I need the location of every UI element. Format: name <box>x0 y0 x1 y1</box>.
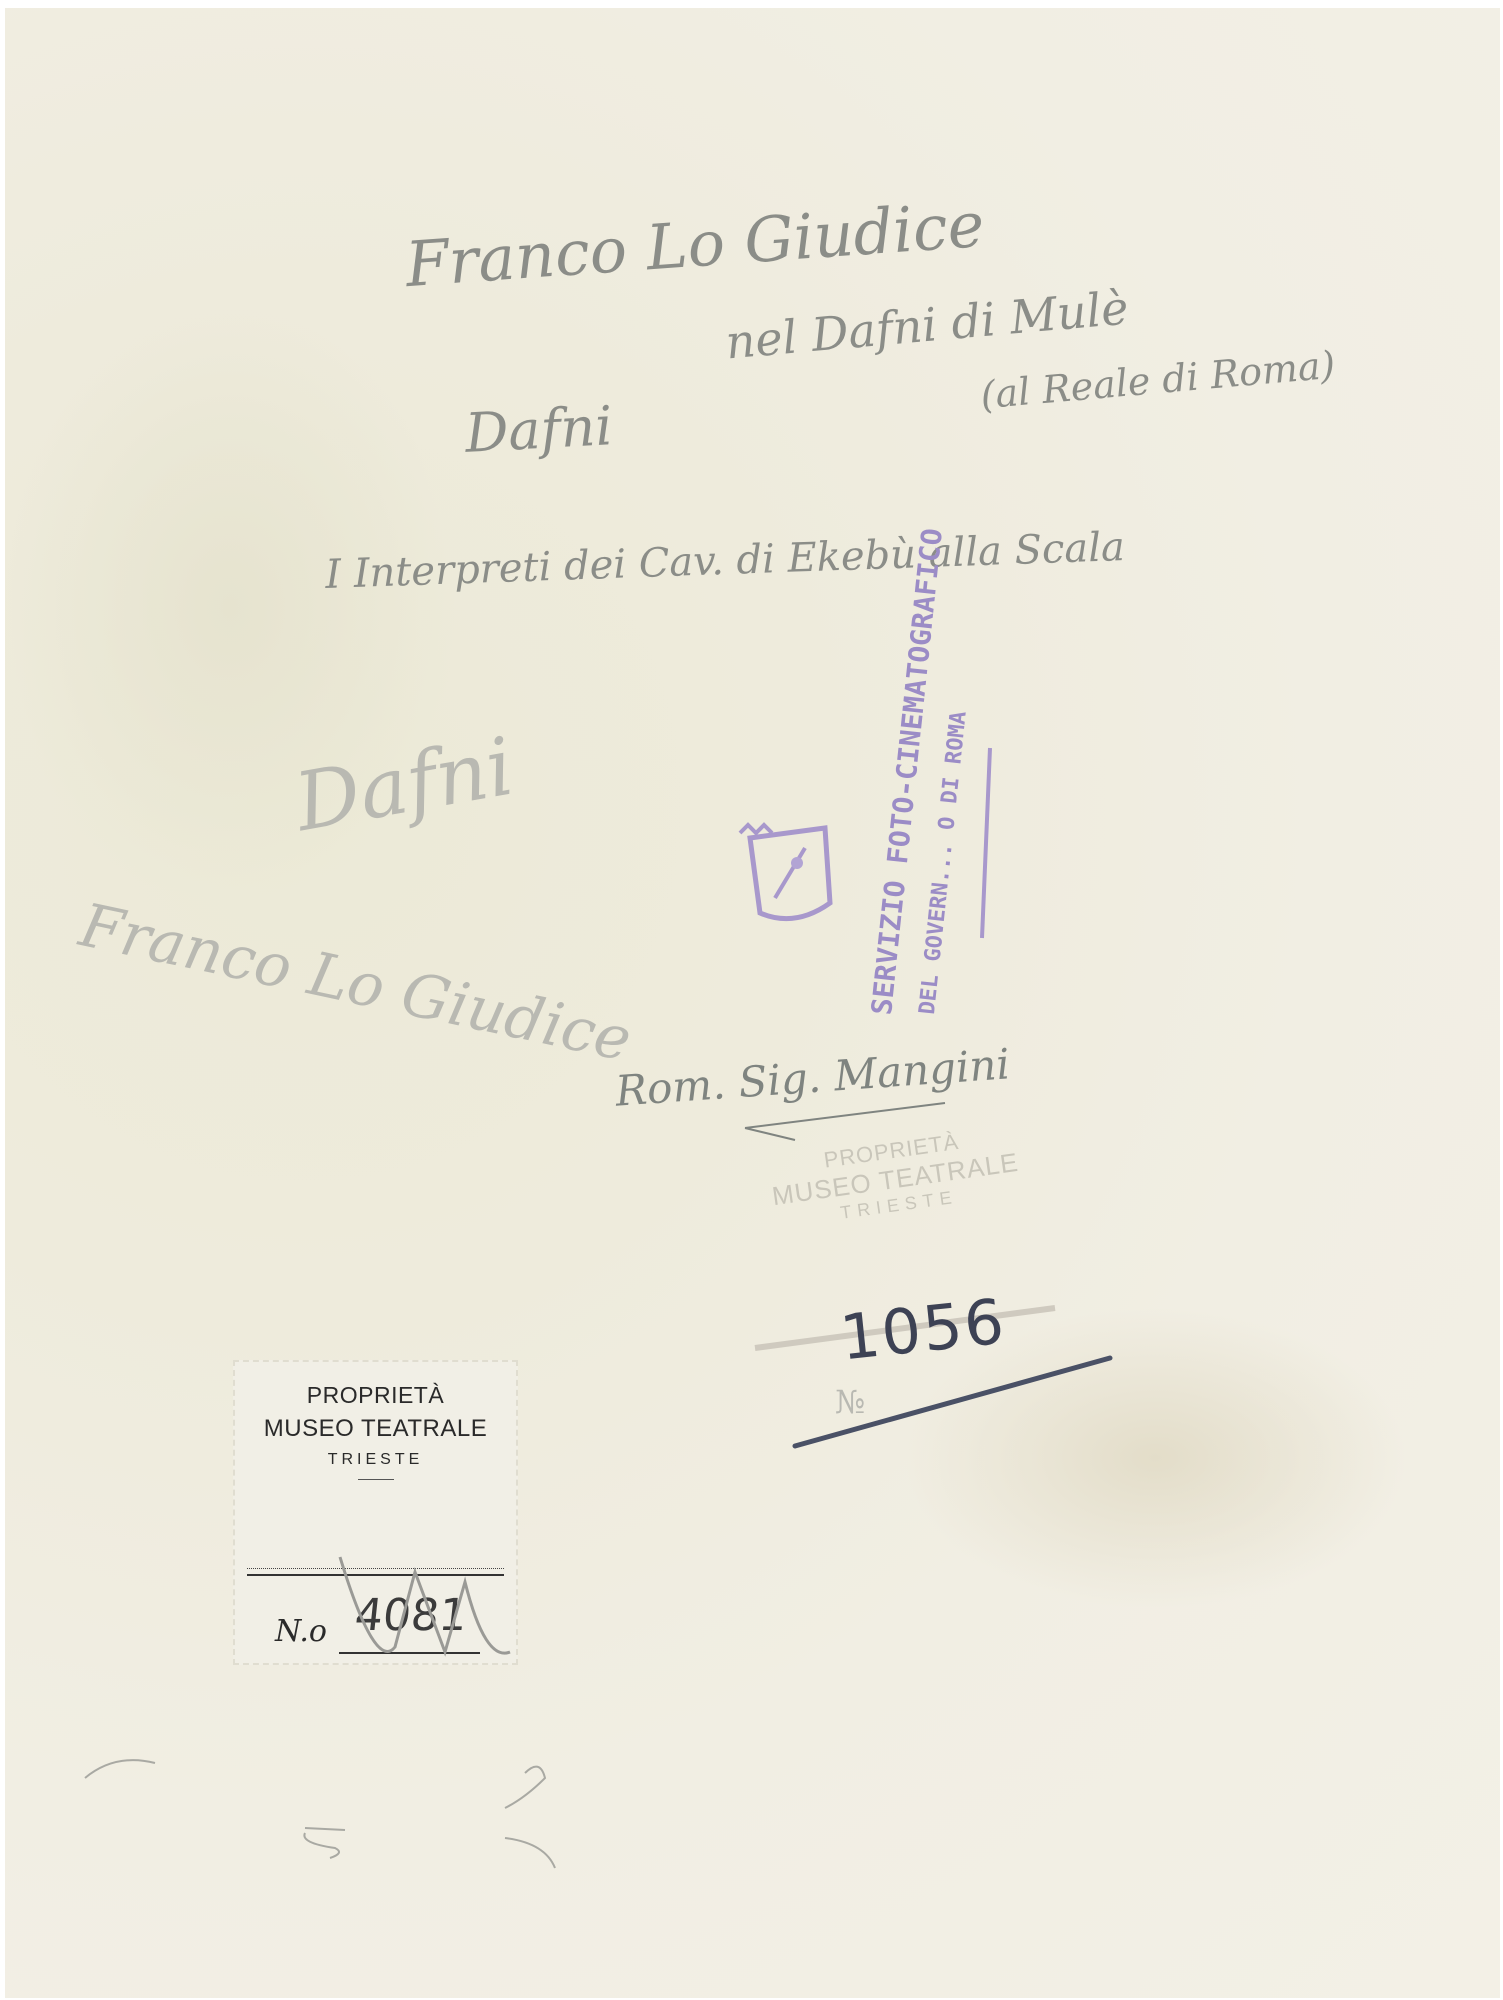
label-line-3: TRIESTE <box>235 1451 516 1469</box>
photo-verso-paper: Franco Lo Giudice nel Dafni di Mulè (al … <box>5 8 1500 1998</box>
handwritten-role: nel Dafni di Mulè <box>723 281 1130 370</box>
label-no: N.o <box>275 1614 327 1649</box>
label-line-1: PROPRIETÀ <box>235 1382 516 1409</box>
official-stamp: SERVIZIO FOTO-CINEMATOGRAFICO DEL GOVERN… <box>725 618 1055 1038</box>
handwritten-dafni: Dafni <box>463 394 614 465</box>
label-divider <box>358 1479 394 1480</box>
pencil-scribble <box>335 1552 515 1662</box>
coat-of-arms-icon <box>735 818 845 948</box>
pencil-name: Franco Lo Giudice <box>74 890 637 1075</box>
inventory-underline <box>790 1348 1120 1458</box>
label-line-2: MUSEO TEATRALE <box>235 1415 516 1443</box>
handwritten-theatre: (al Reale di Roma) <box>979 343 1337 418</box>
stamp-border-line <box>980 748 1000 948</box>
bottom-pencil-marks <box>85 1758 505 1878</box>
museum-property-label: PROPRIETÀ MUSEO TEATRALE TRIESTE N.o 408… <box>233 1360 518 1665</box>
handwritten-name: Franco Lo Giudice <box>403 188 986 301</box>
